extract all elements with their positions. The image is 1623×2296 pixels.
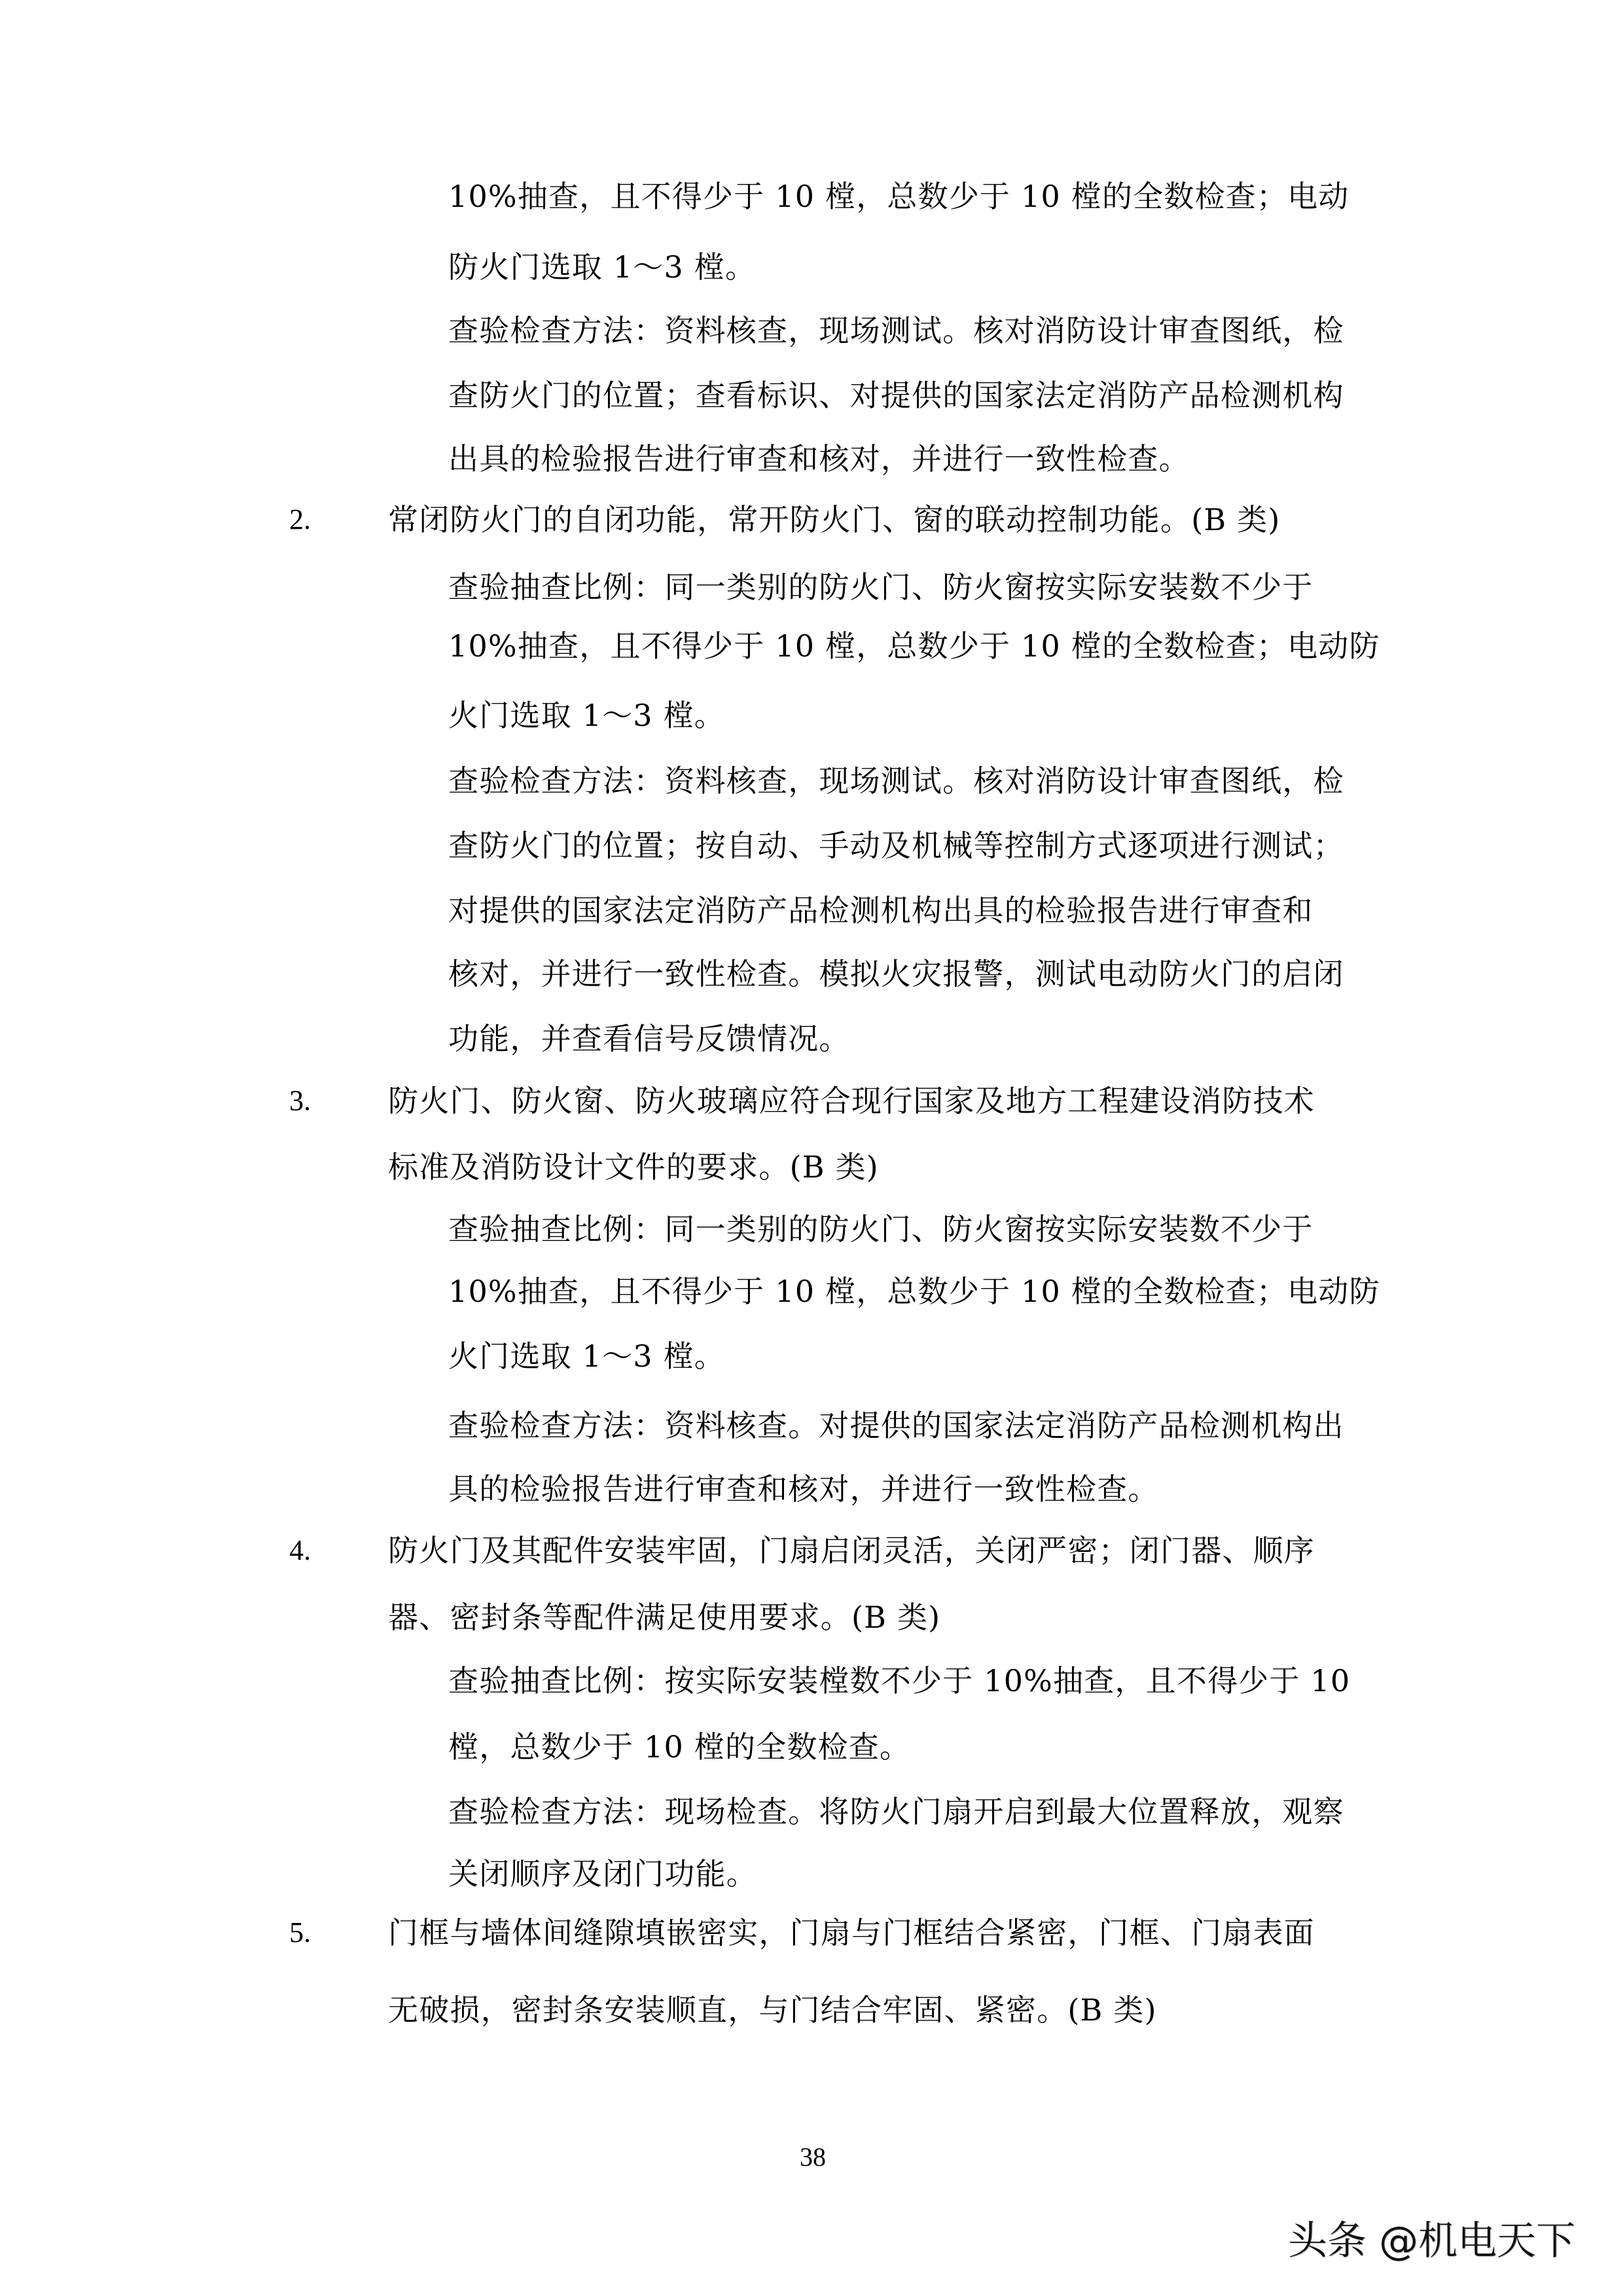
document-page: 10%抽查，且不得少于 10 樘，总数少于 10 樘的全数检查；电动 防火门选取…: [0, 0, 1623, 2296]
method-line-1: 查验检查方法：资料核查，现场测试。核对消防设计审查图纸，检: [448, 311, 1344, 350]
item-5-title-line-1: 门框与墙体间缝隙填嵌密实，门扇与门框结合紧密，门框、门扇表面: [388, 1913, 1315, 1952]
item-2-sampling-line-1: 查验抽查比例：同一类别的防火门、防火窗按实际安装数不少于: [448, 567, 1313, 607]
item-2-sampling-line-2: 10%抽查，且不得少于 10 樘，总数少于 10 樘的全数检查；电动防: [448, 626, 1380, 666]
continuation-line-1: 10%抽查，且不得少于 10 樘，总数少于 10 樘的全数检查；电动: [448, 177, 1349, 216]
item-number-2: 2.: [289, 500, 311, 539]
item-3-method-line-2: 具的检验报告进行审查和核对，并进行一致性检查。: [448, 1469, 1159, 1509]
item-4-method-line-2: 关闭顺序及闭门功能。: [448, 1854, 757, 1893]
method-line-2: 查防火门的位置；查看标识、对提供的国家法定消防产品检测机构: [448, 376, 1344, 415]
page-number: 38: [785, 2139, 840, 2176]
item-2-method-line-3: 对提供的国家法定消防产品检测机构出具的检验报告进行审查和: [448, 891, 1313, 930]
item-3-title-line-2: 标准及消防设计文件的要求。(B 类): [388, 1147, 879, 1187]
item-3-sampling-line-2: 10%抽查，且不得少于 10 樘，总数少于 10 樘的全数检查；电动防: [448, 1272, 1380, 1311]
item-2-title-line-1: 常闭防火门的自闭功能，常开防火门、窗的联动控制功能。(B 类): [388, 500, 1281, 539]
item-2-method-line-1: 查验检查方法：资料核查，现场测试。核对消防设计审查图纸，检: [448, 761, 1344, 800]
item-4-method-line-1: 查验检查方法：现场检查。将防火门扇开启到最大位置释放，观察: [448, 1792, 1344, 1831]
item-number-4: 4.: [289, 1531, 311, 1570]
watermark: 头条 @机电天下: [1288, 2217, 1575, 2265]
item-3-sampling-line-3: 火门选取 1～3 樘。: [448, 1336, 725, 1376]
item-4-title-line-1: 防火门及其配件安装牢固，门扇启闭灵活，关闭严密；闭门器、顺序: [388, 1531, 1315, 1570]
item-4-title-line-2: 器、密封条等配件满足使用要求。(B 类): [388, 1598, 940, 1637]
item-2-method-line-2: 查防火门的位置；按自动、手动及机械等控制方式逐项进行测试；: [448, 826, 1344, 865]
item-4-sampling-line-1: 查验抽查比例：按实际安装樘数不少于 10%抽查，且不得少于 10: [448, 1661, 1350, 1700]
item-number-3: 3.: [289, 1081, 311, 1121]
continuation-line-2: 防火门选取 1～3 樘。: [448, 247, 756, 287]
item-3-title-line-1: 防火门、防火窗、防火玻璃应符合现行国家及地方工程建设消防技术: [388, 1081, 1315, 1121]
item-4-sampling-line-2: 樘，总数少于 10 樘的全数检查。: [448, 1727, 910, 1767]
method-line-3: 出具的检验报告进行审查和核对，并进行一致性检查。: [448, 439, 1190, 478]
item-2-method-line-5: 功能，并查看信号反馈情况。: [448, 1019, 850, 1058]
item-5-title-line-2: 无破损，密封条安装顺直，与门结合牢固、紧密。(B 类): [388, 1990, 1157, 2030]
item-number-5: 5.: [289, 1913, 311, 1952]
item-2-method-line-4: 核对，并进行一致性检查。模拟火灾报警，测试电动防火门的启闭: [448, 954, 1344, 994]
item-2-sampling-line-3: 火门选取 1～3 樘。: [448, 696, 725, 735]
item-3-method-line-1: 查验检查方法：资料核查。对提供的国家法定消防产品检测机构出: [448, 1406, 1344, 1445]
item-3-sampling-line-1: 查验抽查比例：同一类别的防火门、防火窗按实际安装数不少于: [448, 1210, 1313, 1249]
